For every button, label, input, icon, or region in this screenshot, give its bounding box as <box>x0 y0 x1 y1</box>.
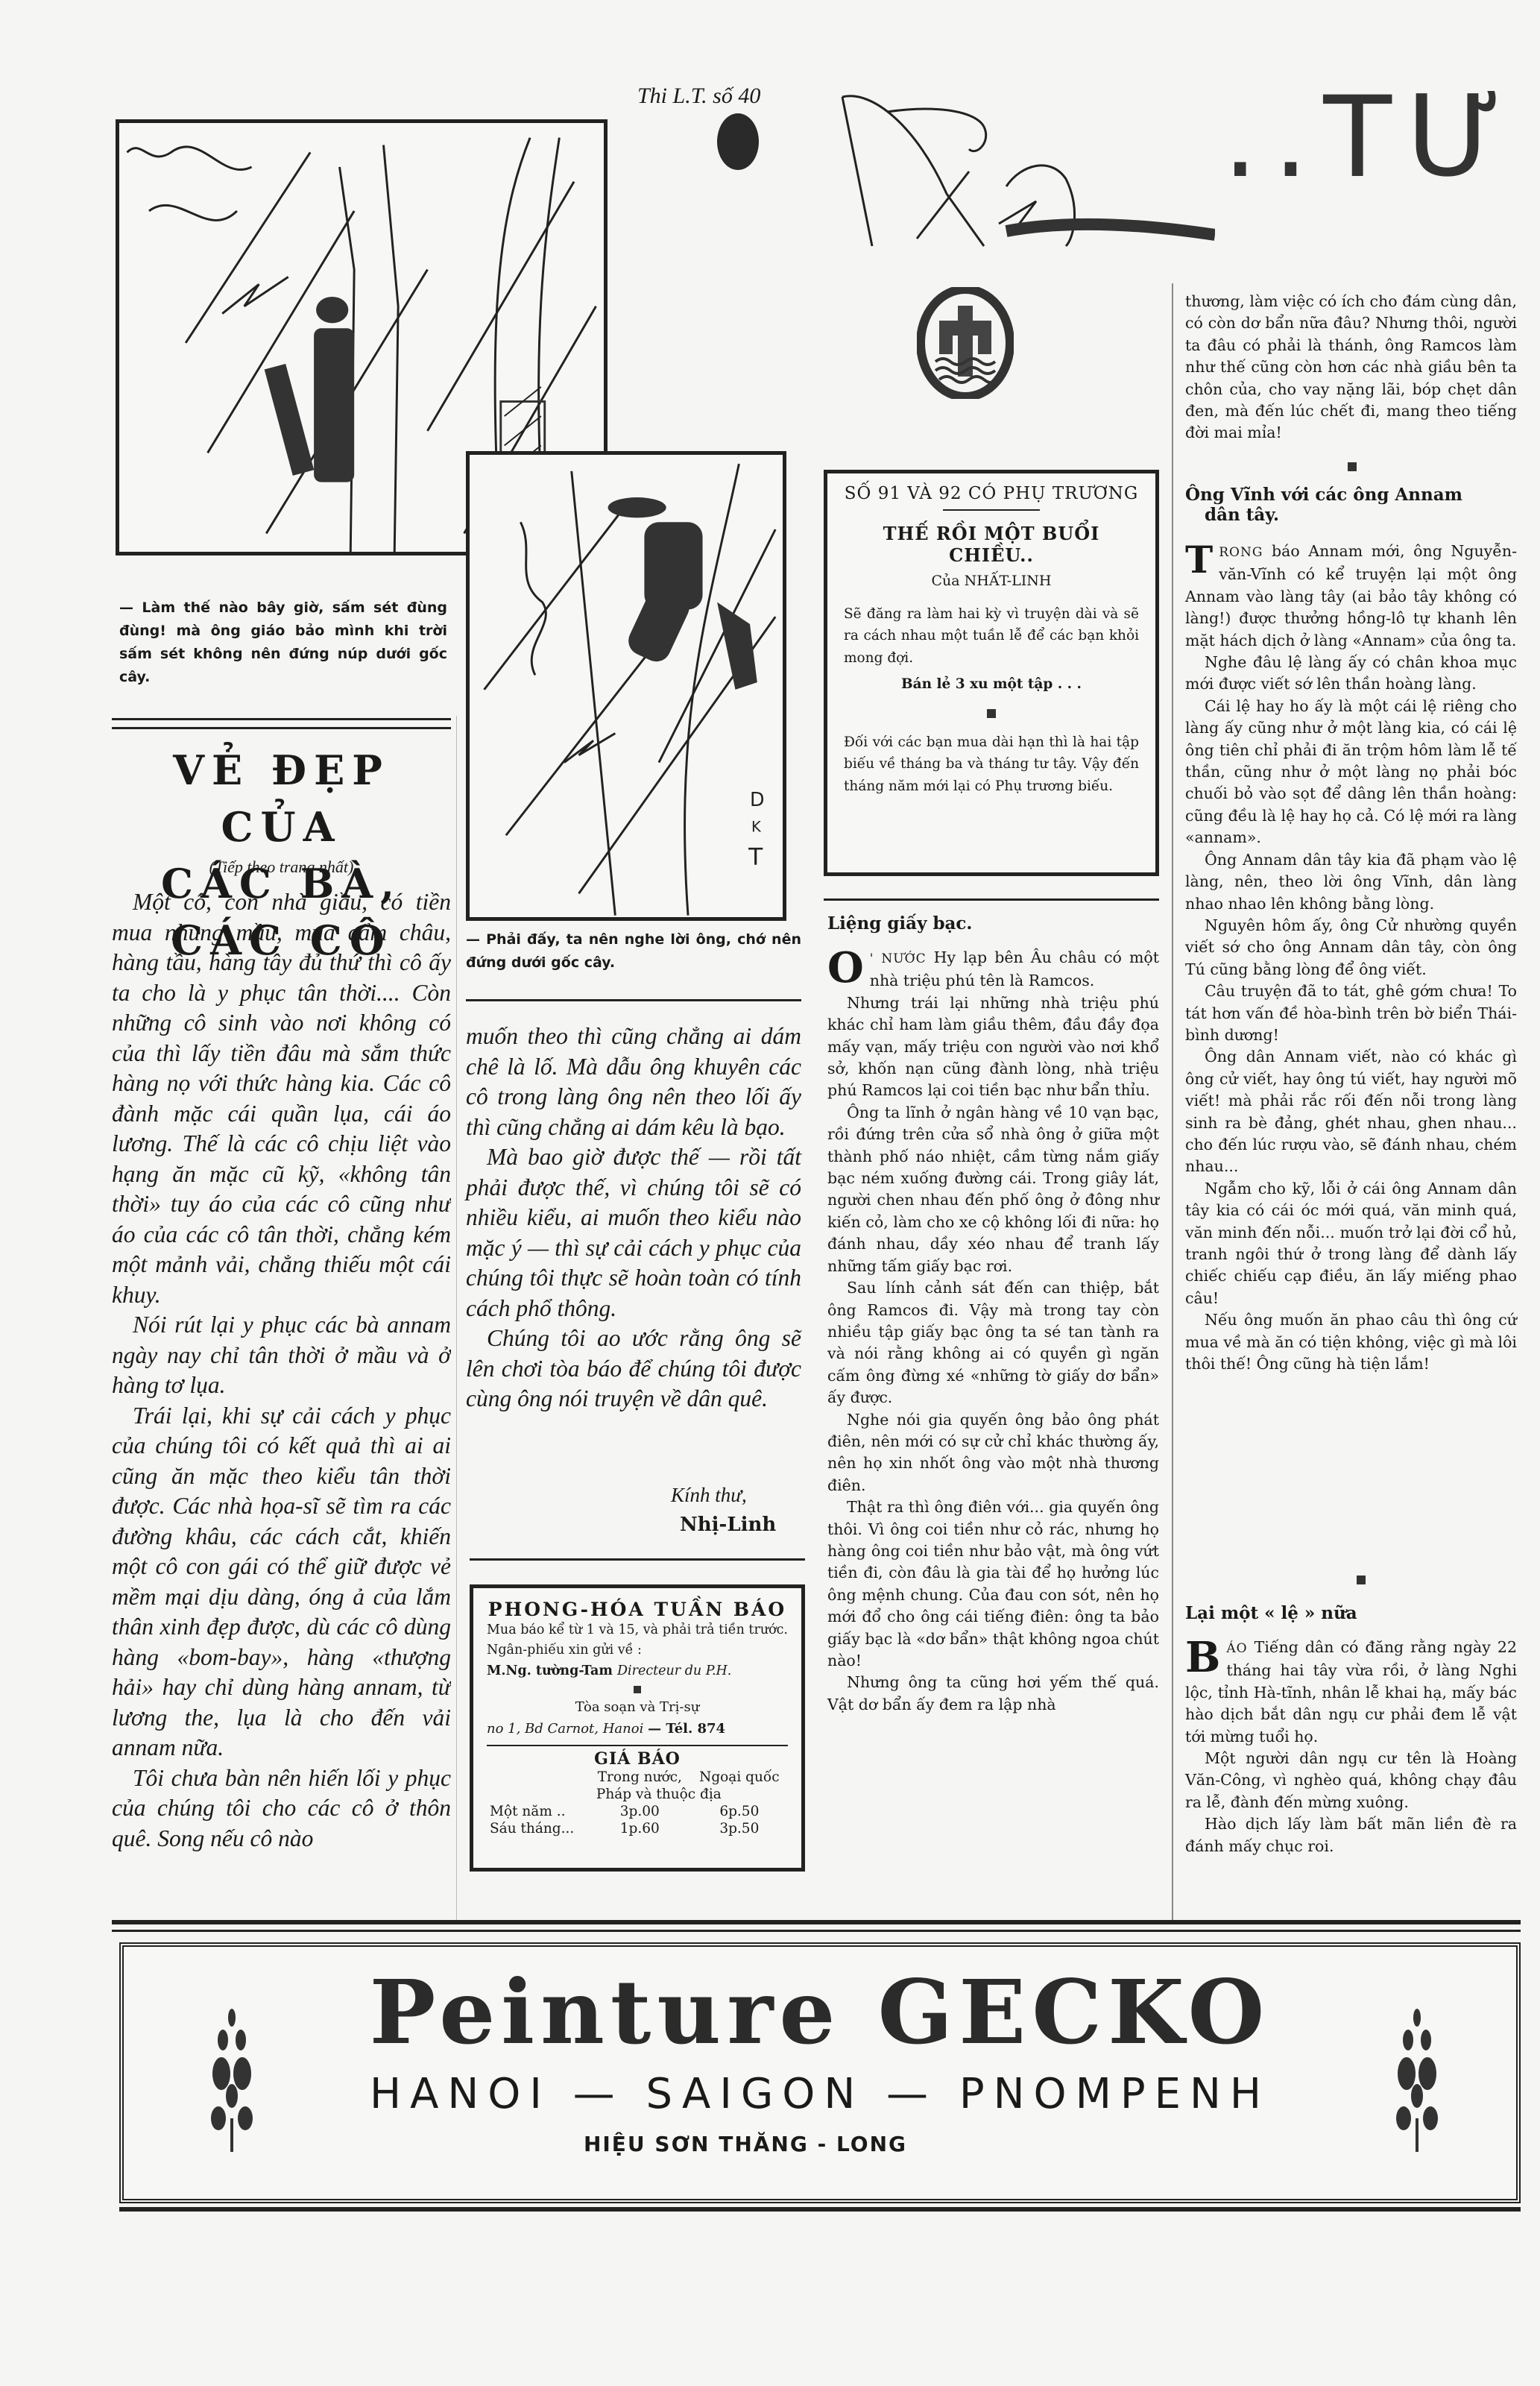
black-dot-ornament <box>717 113 759 170</box>
cartoon-umbrella-illustration: D K T <box>470 455 783 917</box>
signature-t: T <box>748 843 763 870</box>
divider <box>112 727 451 729</box>
article-fashion-col1: Một cô, con nhà giầu, có tiền mua nhung … <box>112 887 451 1924</box>
article-fashion-subtitle: (Tiếp theo trang nhất) <box>112 857 451 877</box>
ad-title: Peinture GECKO <box>124 1960 1516 2064</box>
supplement-price: Bán lẻ 3 xu một tập . . . <box>844 673 1139 696</box>
column-divider <box>1172 283 1173 1924</box>
divider <box>112 1930 1521 1932</box>
supplement-text2: Đối với các bạn mua dài hạn thì là hai t… <box>844 731 1139 798</box>
divider <box>470 1558 805 1561</box>
article-money-body: O' NƯỚC Hy lạp bên Âu châu có một nhà tr… <box>827 947 1159 1716</box>
article-money-continued: thương, làm việc có ích cho đám cùng dân… <box>1185 291 1517 444</box>
subscription-text: Mua báo kể từ 1 và 15, và phải trả tiền … <box>487 1620 788 1661</box>
divider <box>824 898 1159 901</box>
supplement-title: SỐ 91 VÀ 92 CÓ PHỤ TRƯƠNG <box>844 484 1139 503</box>
signature-d: D <box>750 788 765 810</box>
supplement-byline: Của NHẤT-LINH <box>844 570 1139 593</box>
divider <box>112 718 451 720</box>
price-table: Trong nước, Ngoại quốc Pháp và thuộc địa… <box>487 1769 788 1837</box>
ornament <box>634 1686 641 1693</box>
article-vinh-title: Ông Vĩnh với các ông Annam dân tây. <box>1185 485 1517 525</box>
cartoon-panel-2: D K T <box>466 451 786 921</box>
cartoon-panel-2-caption: — Phải đấy, ta nên nghe lời ông, chớ nên… <box>466 928 801 975</box>
divider <box>943 509 1040 511</box>
office-label: Tòa soạn và Trị-sự <box>487 1696 788 1719</box>
divider <box>466 999 801 1001</box>
dropcap-b: B <box>1185 1638 1220 1677</box>
divider <box>119 2207 1521 2212</box>
section-ornament <box>1357 1576 1366 1584</box>
article-le-body: BÁO Tiếng dân có đăng rằng ngày 22 tháng… <box>1185 1637 1517 1857</box>
signature-k: K <box>751 818 762 835</box>
subscription-title: PHONG-HÓA TUẦN BÁO <box>487 1599 788 1620</box>
divider <box>112 1920 1521 1924</box>
section-ornament <box>1348 462 1357 471</box>
director-line: M.Ng. tường-Tam Directeur du P.H. <box>487 1661 788 1683</box>
article-money-title: Liệng giấy bạc. <box>827 913 972 934</box>
price-row: Một năm .. 3p.00 6p.50 <box>487 1803 788 1820</box>
ornament <box>987 709 996 718</box>
floral-ornament-right-icon <box>1395 2006 1439 2156</box>
closing: Kính thư, <box>671 1480 747 1511</box>
article-vinh-body: TRONG báo Annam mới, ông Nguyễn-văn-Vĩnh… <box>1185 541 1517 1375</box>
price-row: Sáu tháng... 1p.60 3p.50 <box>487 1820 788 1837</box>
advertisement-gecko: Peinture GECKO HANOI — SAIGON — PNOMPENH… <box>119 1942 1521 2203</box>
column-title: ..TƯ <box>1222 82 1518 194</box>
article-fashion-col2: muốn theo thì cũng chẳng ai dám chê là l… <box>466 1022 801 1414</box>
supplement-headline: THẾ RỒI MỘT BUỔI CHIỀU.. <box>844 523 1139 566</box>
floral-ornament-left-icon <box>209 2006 254 2156</box>
supplement-box: SỐ 91 VÀ 92 CÓ PHỤ TRƯƠNG THẾ RỒI MỘT BU… <box>824 470 1159 876</box>
author: Nhị-Linh <box>680 1514 776 1536</box>
subscription-box: PHONG-HÓA TUẦN BÁO Mua báo kể từ 1 và 15… <box>470 1584 805 1872</box>
ad-cities: HANOI — SAIGON — PNOMPENH <box>124 2070 1516 2118</box>
divider <box>487 1745 788 1746</box>
mantis-illustration <box>827 82 1215 254</box>
issue-label: Thi L.T. số 40 <box>637 84 760 109</box>
price-title: GIÁ BÁO <box>487 1749 788 1769</box>
dropcap-o: O <box>827 948 864 987</box>
article-le-title: Lại một « lệ » nữa <box>1185 1603 1357 1623</box>
office-address: no 1, Bd Carnot, Hanoi — Tél. 874 <box>487 1718 788 1740</box>
column-divider <box>456 716 457 1924</box>
dropcap-t: T <box>1185 542 1213 578</box>
cross-waves-emblem <box>917 287 1014 399</box>
cartoon-panel-1-caption: — Làm thế nào bây giờ, sấm sét đùng đùng… <box>119 596 447 689</box>
supplement-text1: Sẽ đăng ra làm hai kỳ vì truyện dài và s… <box>844 603 1139 670</box>
